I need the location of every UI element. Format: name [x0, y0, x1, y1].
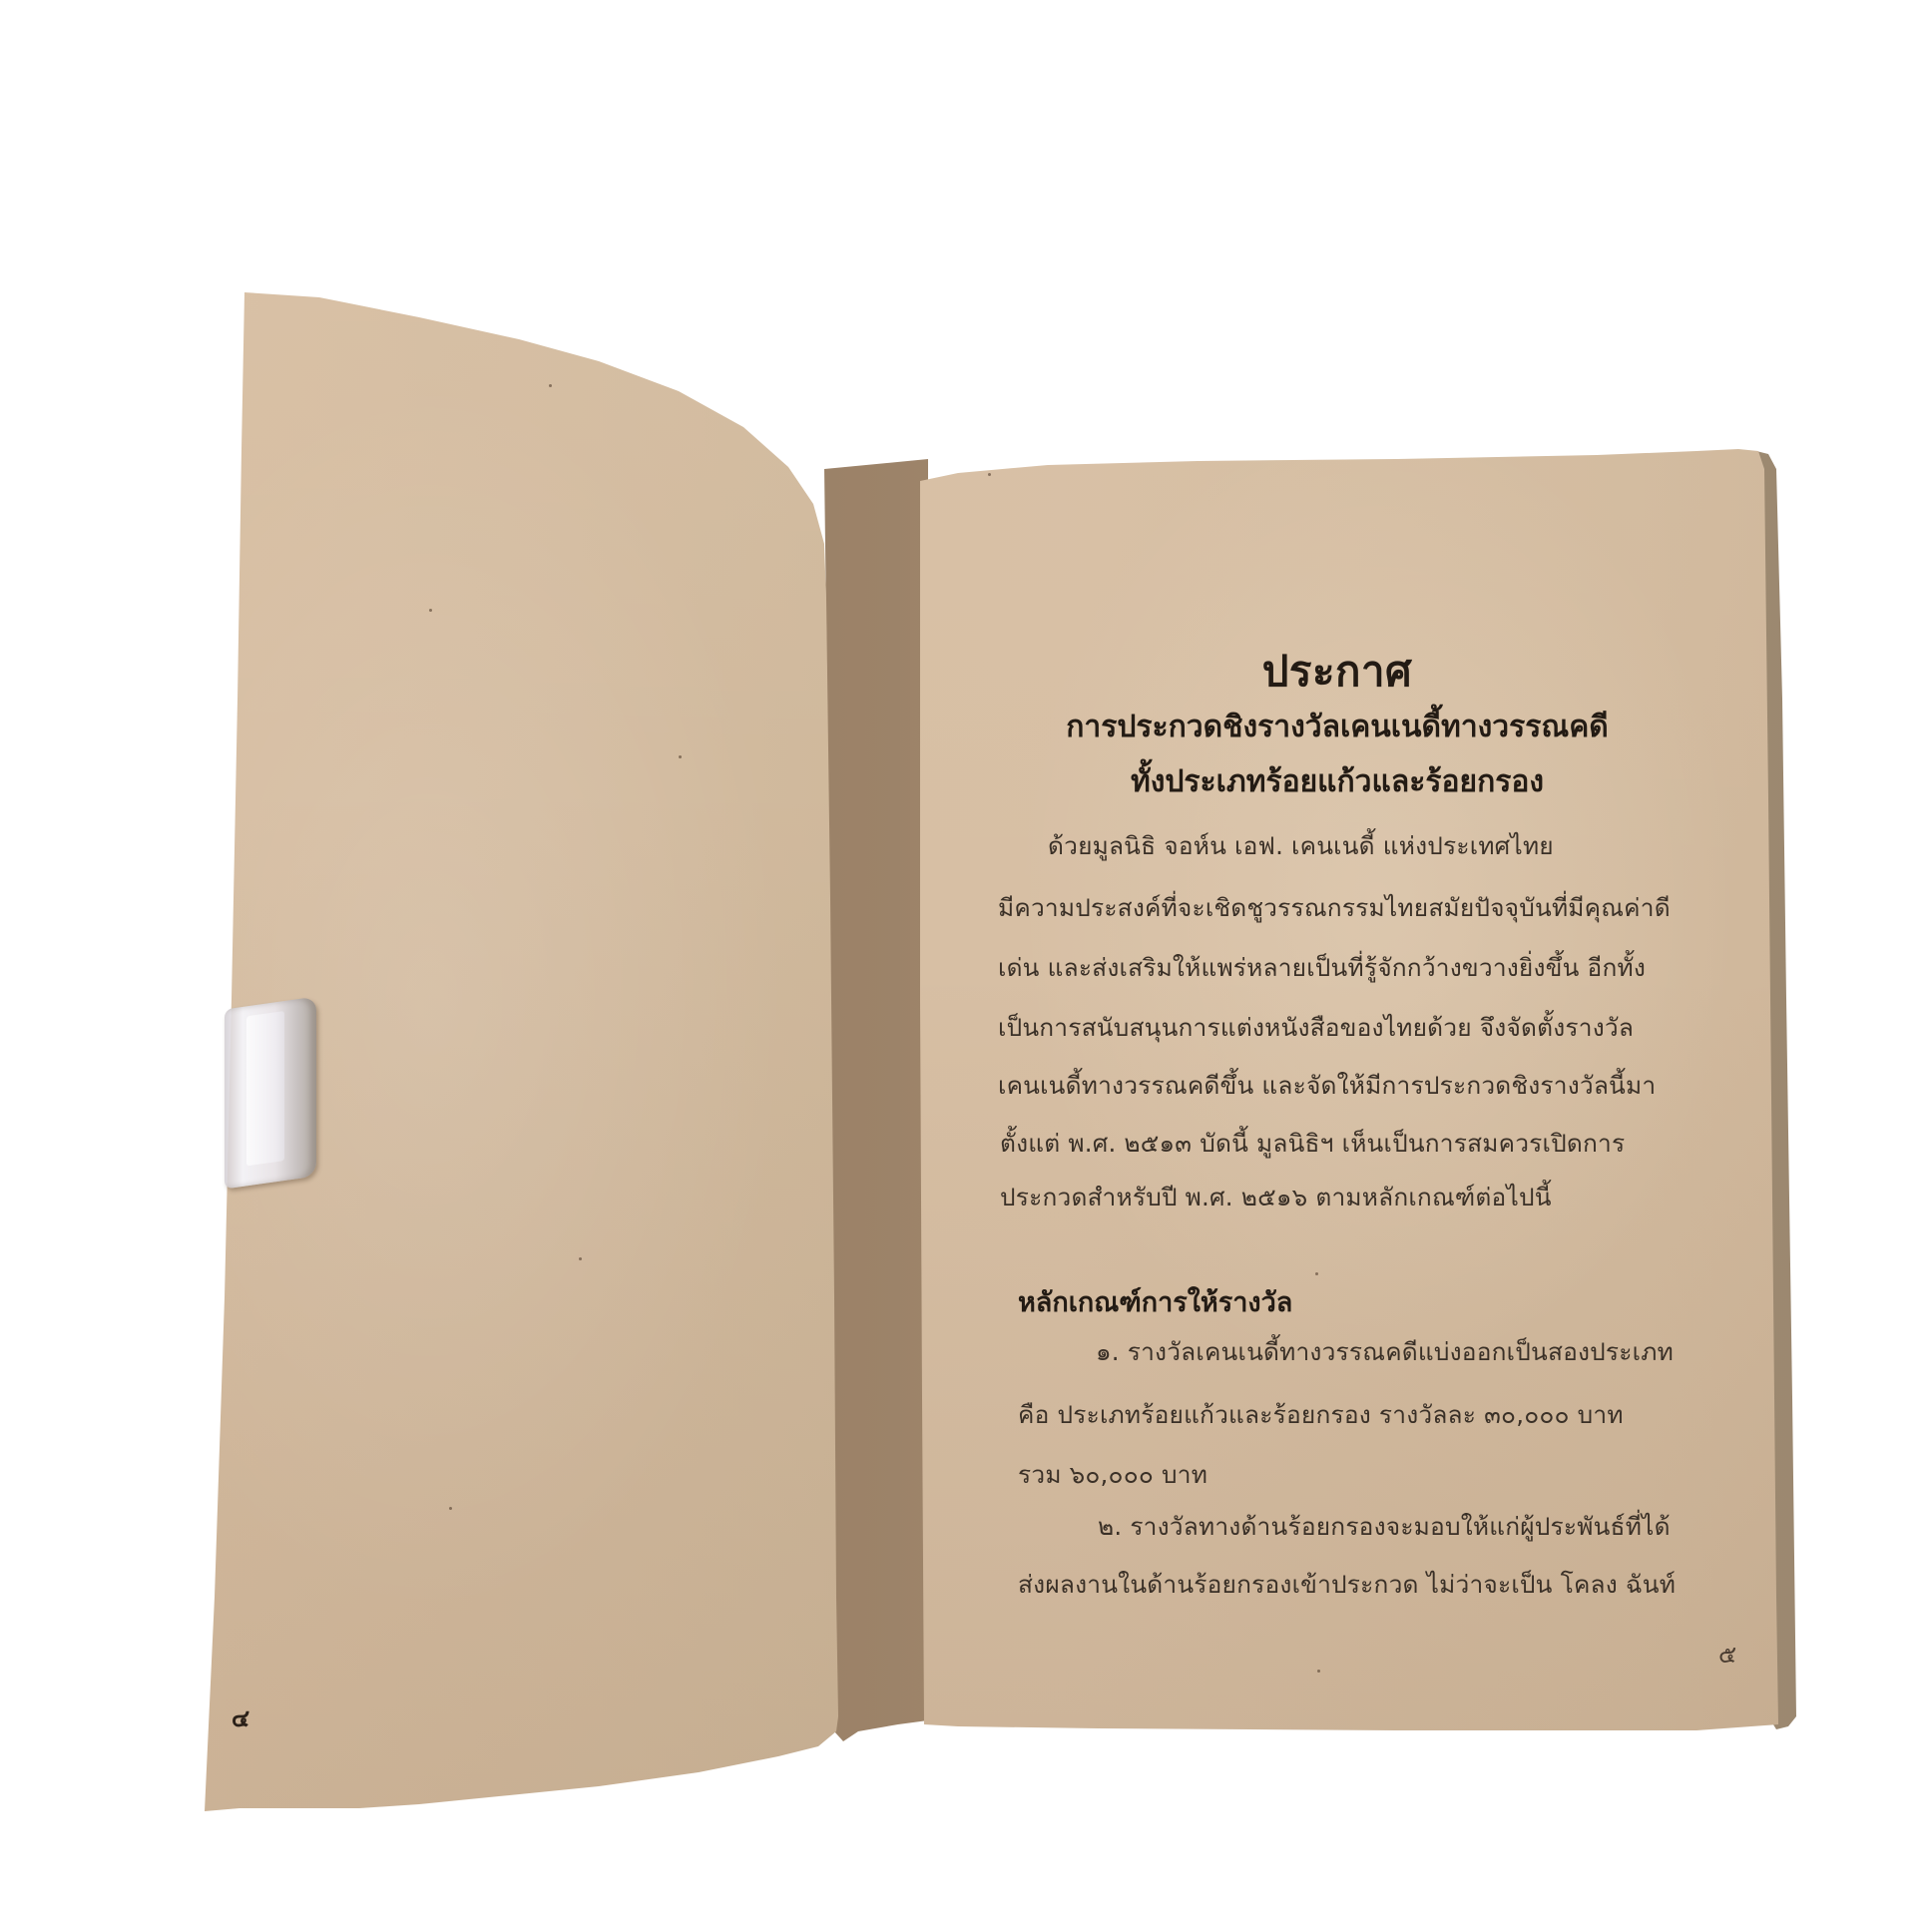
announcement-subtitle-line-1: การประกวดชิงรางวัลเคนเนดี้ทางวรรณคดี: [978, 704, 1696, 750]
intro-line-4: เป็นการสนับสนุนการแต่งหนังสือของไทยด้วย …: [998, 1008, 1634, 1047]
section-title-award-criteria: หลักเกณฑ์การให้รางวัล: [1018, 1280, 1292, 1323]
paper-speck: [549, 384, 552, 387]
paper-speck: [1317, 1670, 1320, 1673]
announcement-subtitle-line-2: ทั้งประเภทร้อยแก้วและร้อยกรอง: [978, 758, 1696, 805]
announcement-title: ประกาศ: [1058, 639, 1617, 705]
rule-1-line-2: คือ ประเภทร้อยแก้วและร้อยกรอง รางวัลละ ๓…: [1018, 1395, 1624, 1434]
right-page-number: ๕: [1718, 1635, 1736, 1674]
left-page-number: ๔: [232, 1698, 249, 1737]
intro-line-2: มีความประสงค์ที่จะเชิดชูวรรณกรรมไทยสมัยป…: [998, 888, 1671, 927]
paper-speck: [449, 1507, 452, 1510]
intro-line-6: ตั้งแต่ พ.ศ. ๒๕๑๓ บัดนี้ มูลนิธิฯ เห็นเป…: [1000, 1124, 1625, 1163]
intro-line-7: ประกวดสำหรับปี พ.ศ. ๒๕๑๖ ตามหลักเกณฑ์ต่อ…: [1000, 1178, 1552, 1216]
intro-line-5: เคนเนดี้ทางวรรณคดีขึ้น และจัดให้มีการประ…: [998, 1066, 1656, 1105]
paper-speck: [988, 473, 991, 476]
rule-2-line-1: ๒. รางวัลทางด้านร้อยกรองจะมอบให้แก่ผู้ปร…: [1098, 1507, 1671, 1546]
intro-line-1: ด้วยมูลนิธิ จอห์น เอฟ. เคนเนดี้ แห่งประเ…: [1048, 826, 1554, 865]
paper-speck: [679, 755, 682, 758]
paper-speck: [429, 609, 432, 612]
rule-2-line-2: ส่งผลงานในด้านร้อยกรองเข้าประกวด ไม่ว่าจ…: [1018, 1565, 1676, 1604]
rule-1-line-3: รวม ๖๐,๐๐๐ บาท: [1018, 1455, 1207, 1494]
intro-line-3: เด่น และส่งเสริมให้แพร่หลายเป็นที่รู้จัก…: [998, 948, 1646, 987]
rule-1-line-1: ๑. รางวัลเคนเนดี้ทางวรรณคดีแบ่งออกเป็นสอ…: [1096, 1332, 1674, 1371]
paper-speck: [579, 1257, 582, 1260]
clear-plastic-tab: [225, 997, 316, 1190]
paper-speck: [1315, 1272, 1318, 1275]
